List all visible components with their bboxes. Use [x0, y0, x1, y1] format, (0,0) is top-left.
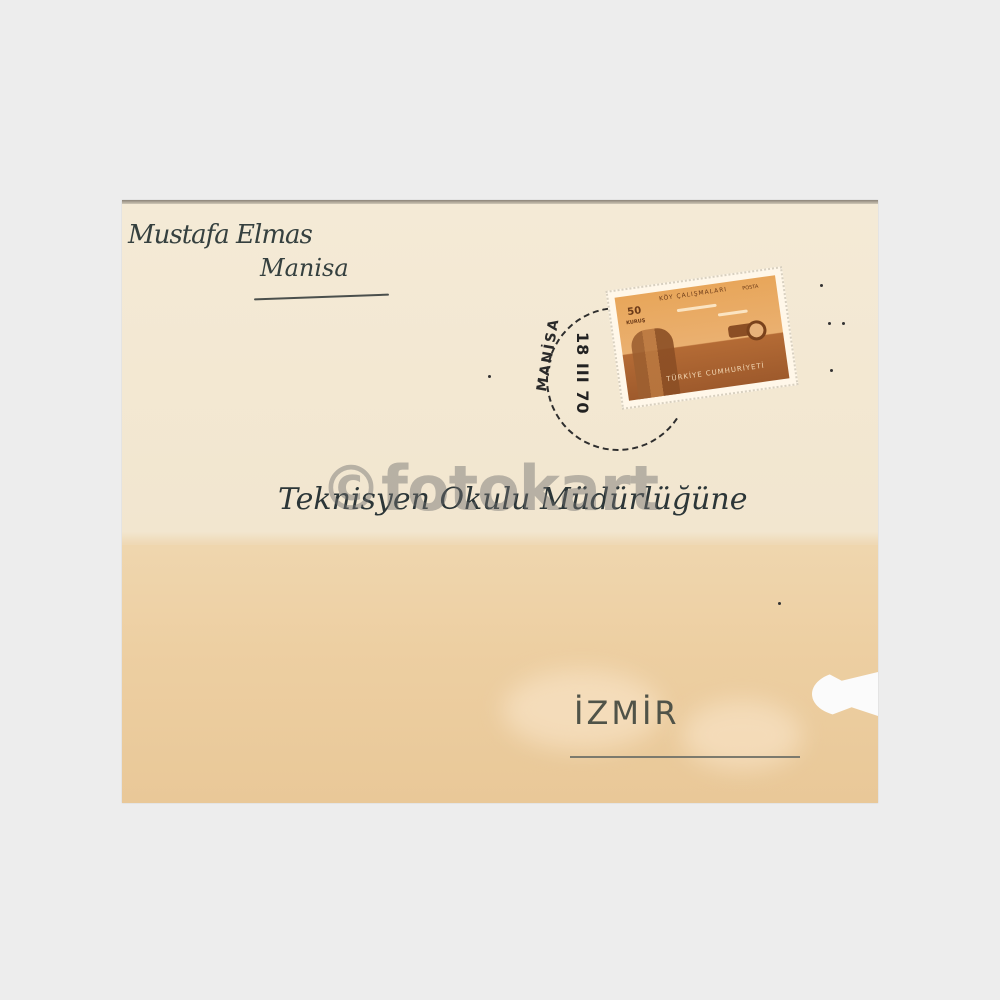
- pin-hole: [820, 284, 823, 287]
- stamp-value: 50 KURUŞ: [624, 306, 646, 328]
- ink-dot: [488, 375, 491, 378]
- watermark: ©fotokart: [320, 452, 658, 525]
- tractor-icon: [727, 314, 774, 344]
- stamp-cloud: [718, 309, 748, 316]
- recipient-city-underline: [570, 756, 800, 758]
- stamp-image: 50 KURUŞ KÖY ÇALIŞMALARI POSTA TÜRKİYE C…: [615, 275, 790, 401]
- pin-hole: [828, 322, 831, 325]
- stamp-service: POSTA: [742, 284, 759, 292]
- envelope-top-edge: [122, 200, 878, 204]
- stamp-value-unit: KURUŞ: [626, 316, 647, 329]
- sender-underline: [254, 294, 389, 301]
- stamp-title: KÖY ÇALIŞMALARI: [659, 286, 728, 302]
- stamp-figures-icon: [629, 326, 680, 401]
- sender-city: Manisa: [260, 254, 349, 282]
- ink-dot: [778, 602, 781, 605]
- stamp-cloud: [677, 304, 717, 313]
- pin-hole: [842, 322, 845, 325]
- postmark-date: 18 III 70: [573, 332, 592, 415]
- pin-hole: [830, 369, 833, 372]
- stamp-country: TÜRKİYE CUMHURİYETİ: [666, 362, 765, 384]
- sender-name: Mustafa Elmas: [128, 220, 312, 250]
- recipient-city: İZMİR: [574, 694, 680, 732]
- postage-stamp: 50 KURUŞ KÖY ÇALIŞMALARI POSTA TÜRKİYE C…: [606, 266, 799, 410]
- paper-stain: [682, 700, 802, 770]
